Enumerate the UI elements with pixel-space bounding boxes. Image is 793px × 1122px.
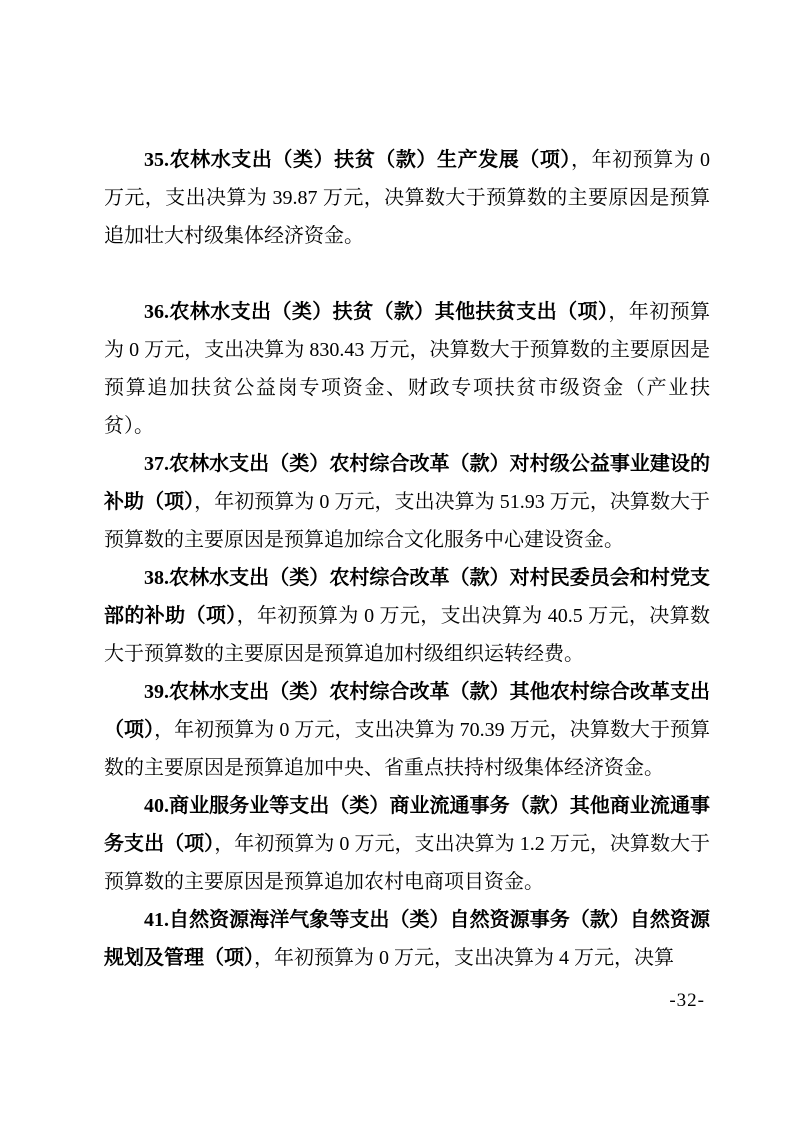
paragraph-38: 38.农林水支出（类）农村综合改革（款）对村民委员会和村党支部的补助（项），年初… <box>104 559 710 673</box>
paragraph-41: 41.自然资源海洋气象等支出（类）自然资源事务（款）自然资源规划及管理（项），年… <box>104 901 710 977</box>
paragraph-35: 35.农林水支出（类）扶贫（款）生产发展（项），年初预算为 0 万元，支出决算为… <box>104 141 710 255</box>
paragraph-36: 36.农林水支出（类）扶贫（款）其他扶贫支出（项），年初预算为 0 万元，支出决… <box>104 293 710 445</box>
paragraph-39-body: ，年初预算为 0 万元，支出决算为 70.39 万元，决算数大于预算数的主要原因… <box>104 719 710 779</box>
paragraph-40: 40.商业服务业等支出（类）商业流通事务（款）其他商业流通事务支出（项），年初预… <box>104 787 710 901</box>
paragraph-37-body: ，年初预算为 0 万元，支出决算为 51.93 万元，决算数大于预算数的主要原因… <box>104 491 710 551</box>
paragraph-36-heading: 36.农林水支出（类）扶贫（款）其他扶贫支出（项） <box>144 301 608 323</box>
document-body: 35.农林水支出（类）扶贫（款）生产发展（项），年初预算为 0 万元，支出决算为… <box>104 141 710 977</box>
paragraph-35-heading: 35.农林水支出（类）扶贫（款）生产发展（项） <box>144 149 571 171</box>
paragraph-39: 39.农林水支出（类）农村综合改革（款）其他农村综合改革支出（项），年初预算为 … <box>104 673 710 787</box>
paragraph-37: 37.农林水支出（类）农村综合改革（款）对村级公益事业建设的补助（项），年初预算… <box>104 445 710 559</box>
paragraph-41-body: ，年初预算为 0 万元，支出决算为 4 万元，决算 <box>254 947 674 969</box>
document-page: 35.农林水支出（类）扶贫（款）生产发展（项），年初预算为 0 万元，支出决算为… <box>0 0 793 1122</box>
page-number: -32- <box>669 989 705 1013</box>
